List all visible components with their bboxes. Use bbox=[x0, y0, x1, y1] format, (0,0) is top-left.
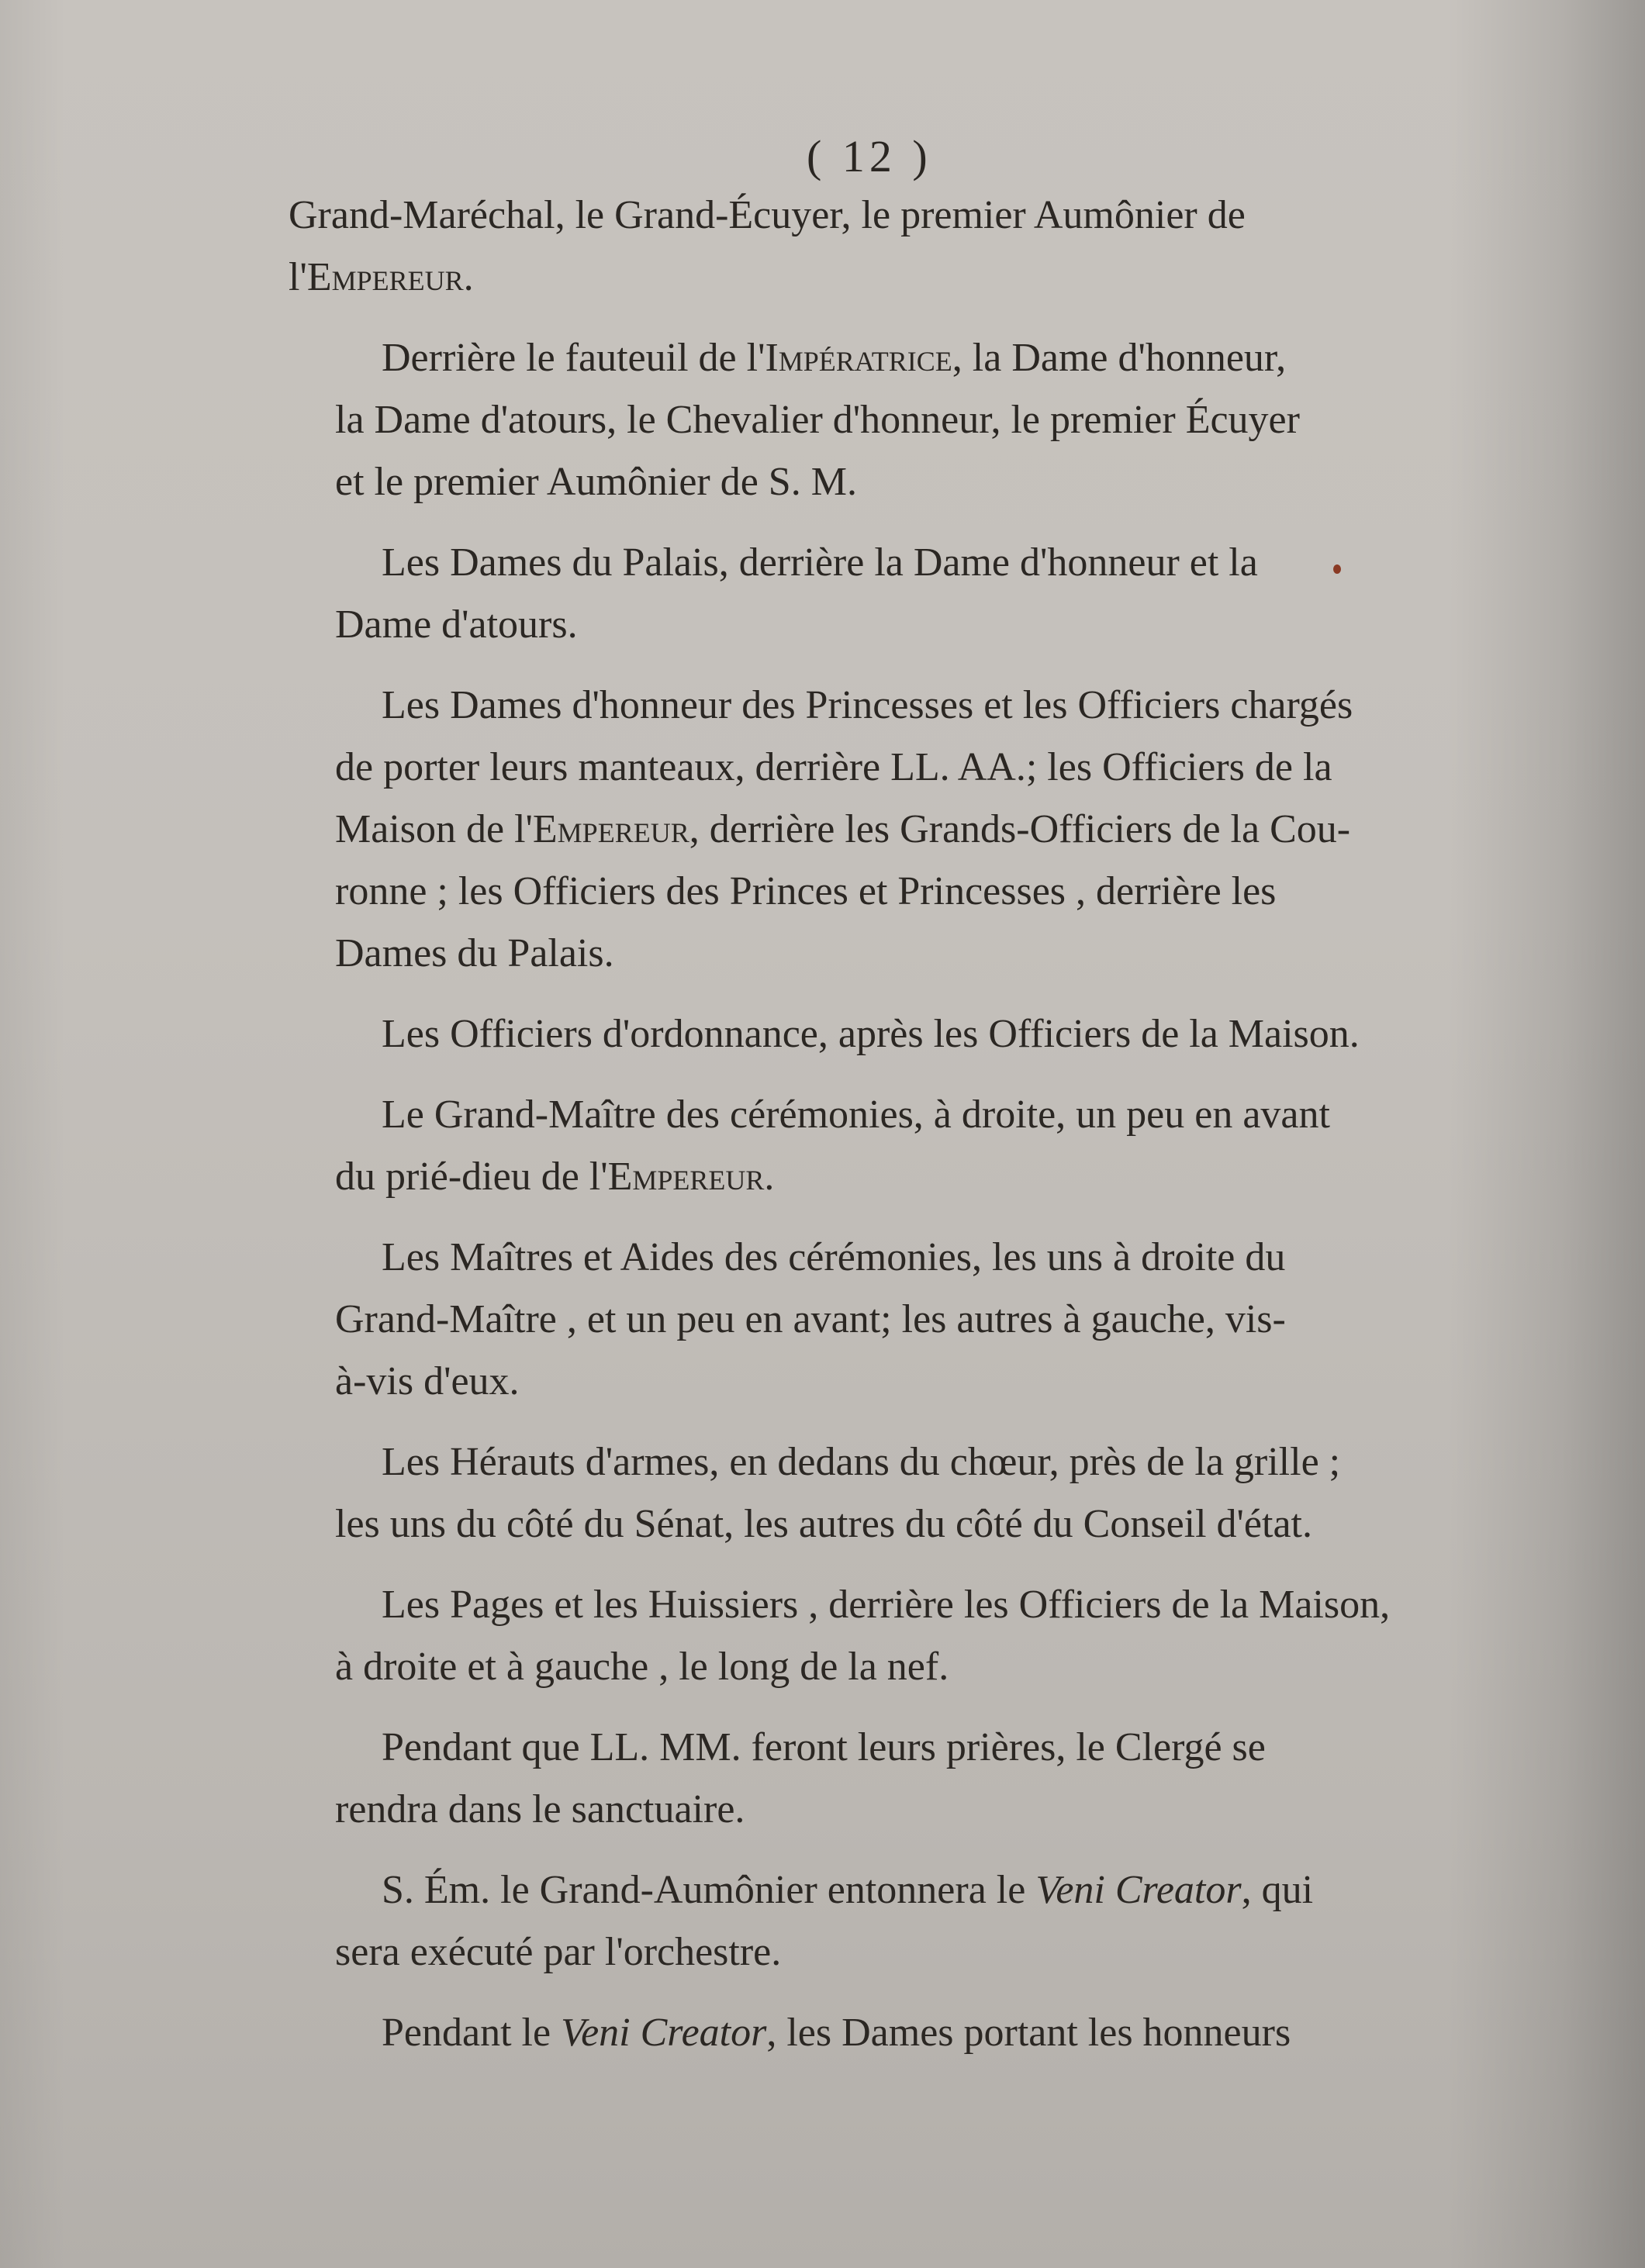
text-fragment: du prié-dieu de l' bbox=[335, 1155, 608, 1199]
text-line: Les Dames du Palais, derrière la Dame d'… bbox=[289, 532, 1429, 594]
text-line: sera exécuté par l'orchestre. bbox=[289, 1921, 1429, 1983]
ink-stain bbox=[1333, 564, 1341, 574]
text-line: ronne ; les Officiers des Princes et Pri… bbox=[289, 861, 1429, 923]
text-fragment: . bbox=[764, 1155, 774, 1199]
book-page: ( 12 ) Grand-Maréchal, le Grand-Écuyer, … bbox=[0, 0, 1645, 2268]
text-fragment: , qui bbox=[1242, 1868, 1313, 1912]
text-fragment: Pendant le bbox=[382, 2011, 561, 2055]
paragraph-6: Le Grand-Maître des cérémonies, à droite… bbox=[289, 1084, 1429, 1208]
text-line: les uns du côté du Sénat, les autres du … bbox=[289, 1493, 1429, 1555]
paragraph-11: S. Ém. le Grand-Aumônier entonnera le Ve… bbox=[289, 1859, 1429, 1983]
text-fragment: , la Dame d'honneur, bbox=[952, 336, 1286, 380]
text-fragment: , derrière les Grands-Officiers de la Co… bbox=[689, 807, 1350, 851]
text-line: Les Dames d'honneur des Princesses et le… bbox=[289, 675, 1429, 737]
text-fragment: l' bbox=[289, 255, 307, 299]
text-line: la Dame d'atours, le Chevalier d'honneur… bbox=[289, 389, 1429, 451]
paragraph-4: Les Dames d'honneur des Princesses et le… bbox=[289, 675, 1429, 985]
text-line: Les Officiers d'ordonnance, après les Of… bbox=[289, 1003, 1429, 1065]
text-line: rendra dans le sanctuaire. bbox=[289, 1779, 1429, 1841]
text-line: Dame d'atours. bbox=[289, 594, 1429, 656]
paragraph-9: Les Pages et les Huissiers , derrière le… bbox=[289, 1574, 1429, 1698]
text-fragment: , les Dames portant les honneurs bbox=[766, 2011, 1291, 2055]
small-caps-word: Empereur bbox=[307, 255, 464, 299]
italic-title: Veni Creator bbox=[1035, 1868, 1241, 1912]
text-line: Pendant le Veni Creator, les Dames porta… bbox=[289, 2002, 1429, 2064]
text-line: Les Maîtres et Aides des cérémonies, les… bbox=[289, 1227, 1429, 1289]
text-line: à droite et à gauche , le long de la nef… bbox=[289, 1636, 1429, 1698]
text-line: du prié-dieu de l'Empereur. bbox=[289, 1146, 1429, 1208]
small-caps-word: Empereur bbox=[608, 1155, 765, 1199]
text-line: Pendant que LL. MM. feront leurs prières… bbox=[289, 1717, 1429, 1779]
body-text: Grand-Maréchal, le Grand-Écuyer, le prem… bbox=[289, 185, 1429, 2083]
paragraph-8: Les Hérauts d'armes, en dedans du chœur,… bbox=[289, 1431, 1429, 1555]
italic-title: Veni Creator bbox=[561, 2011, 766, 2055]
small-caps-word: Empereur bbox=[533, 807, 689, 851]
paragraph-2: Derrière le fauteuil de l'Impératrice, l… bbox=[289, 327, 1429, 513]
text-line: à-vis d'eux. bbox=[289, 1351, 1429, 1413]
text-line: Les Pages et les Huissiers , derrière le… bbox=[289, 1574, 1429, 1636]
text-line: Grand-Maréchal, le Grand-Écuyer, le prem… bbox=[289, 185, 1429, 247]
paragraph-5: Les Officiers d'ordonnance, après les Of… bbox=[289, 1003, 1429, 1065]
text-line: S. Ém. le Grand-Aumônier entonnera le Ve… bbox=[289, 1859, 1429, 1921]
text-line: et le premier Aumônier de S. M. bbox=[289, 451, 1429, 513]
paragraph-12: Pendant le Veni Creator, les Dames porta… bbox=[289, 2002, 1429, 2064]
text-line: de porter leurs manteaux, derrière LL. A… bbox=[289, 737, 1429, 799]
text-line: Dames du Palais. bbox=[289, 923, 1429, 985]
text-line: Grand-Maître , et un peu en avant; les a… bbox=[289, 1289, 1429, 1351]
text-line: l'Empereur. bbox=[289, 247, 1429, 309]
text-line: Le Grand-Maître des cérémonies, à droite… bbox=[289, 1084, 1429, 1146]
text-fragment: Maison de l' bbox=[335, 807, 533, 851]
small-caps-word: Impératrice bbox=[765, 336, 952, 380]
text-fragment: . bbox=[464, 255, 474, 299]
text-fragment: Derrière le fauteuil de l' bbox=[382, 336, 765, 380]
page-number: ( 12 ) bbox=[807, 130, 932, 182]
paragraph-1: Grand-Maréchal, le Grand-Écuyer, le prem… bbox=[289, 185, 1429, 309]
text-line: Derrière le fauteuil de l'Impératrice, l… bbox=[289, 327, 1429, 389]
text-fragment: S. Ém. le Grand-Aumônier entonnera le bbox=[382, 1868, 1035, 1912]
text-line: Maison de l'Empereur, derrière les Grand… bbox=[289, 799, 1429, 861]
paragraph-7: Les Maîtres et Aides des cérémonies, les… bbox=[289, 1227, 1429, 1413]
paragraph-10: Pendant que LL. MM. feront leurs prières… bbox=[289, 1717, 1429, 1841]
paragraph-3: Les Dames du Palais, derrière la Dame d'… bbox=[289, 532, 1429, 656]
text-line: Les Hérauts d'armes, en dedans du chœur,… bbox=[289, 1431, 1429, 1493]
